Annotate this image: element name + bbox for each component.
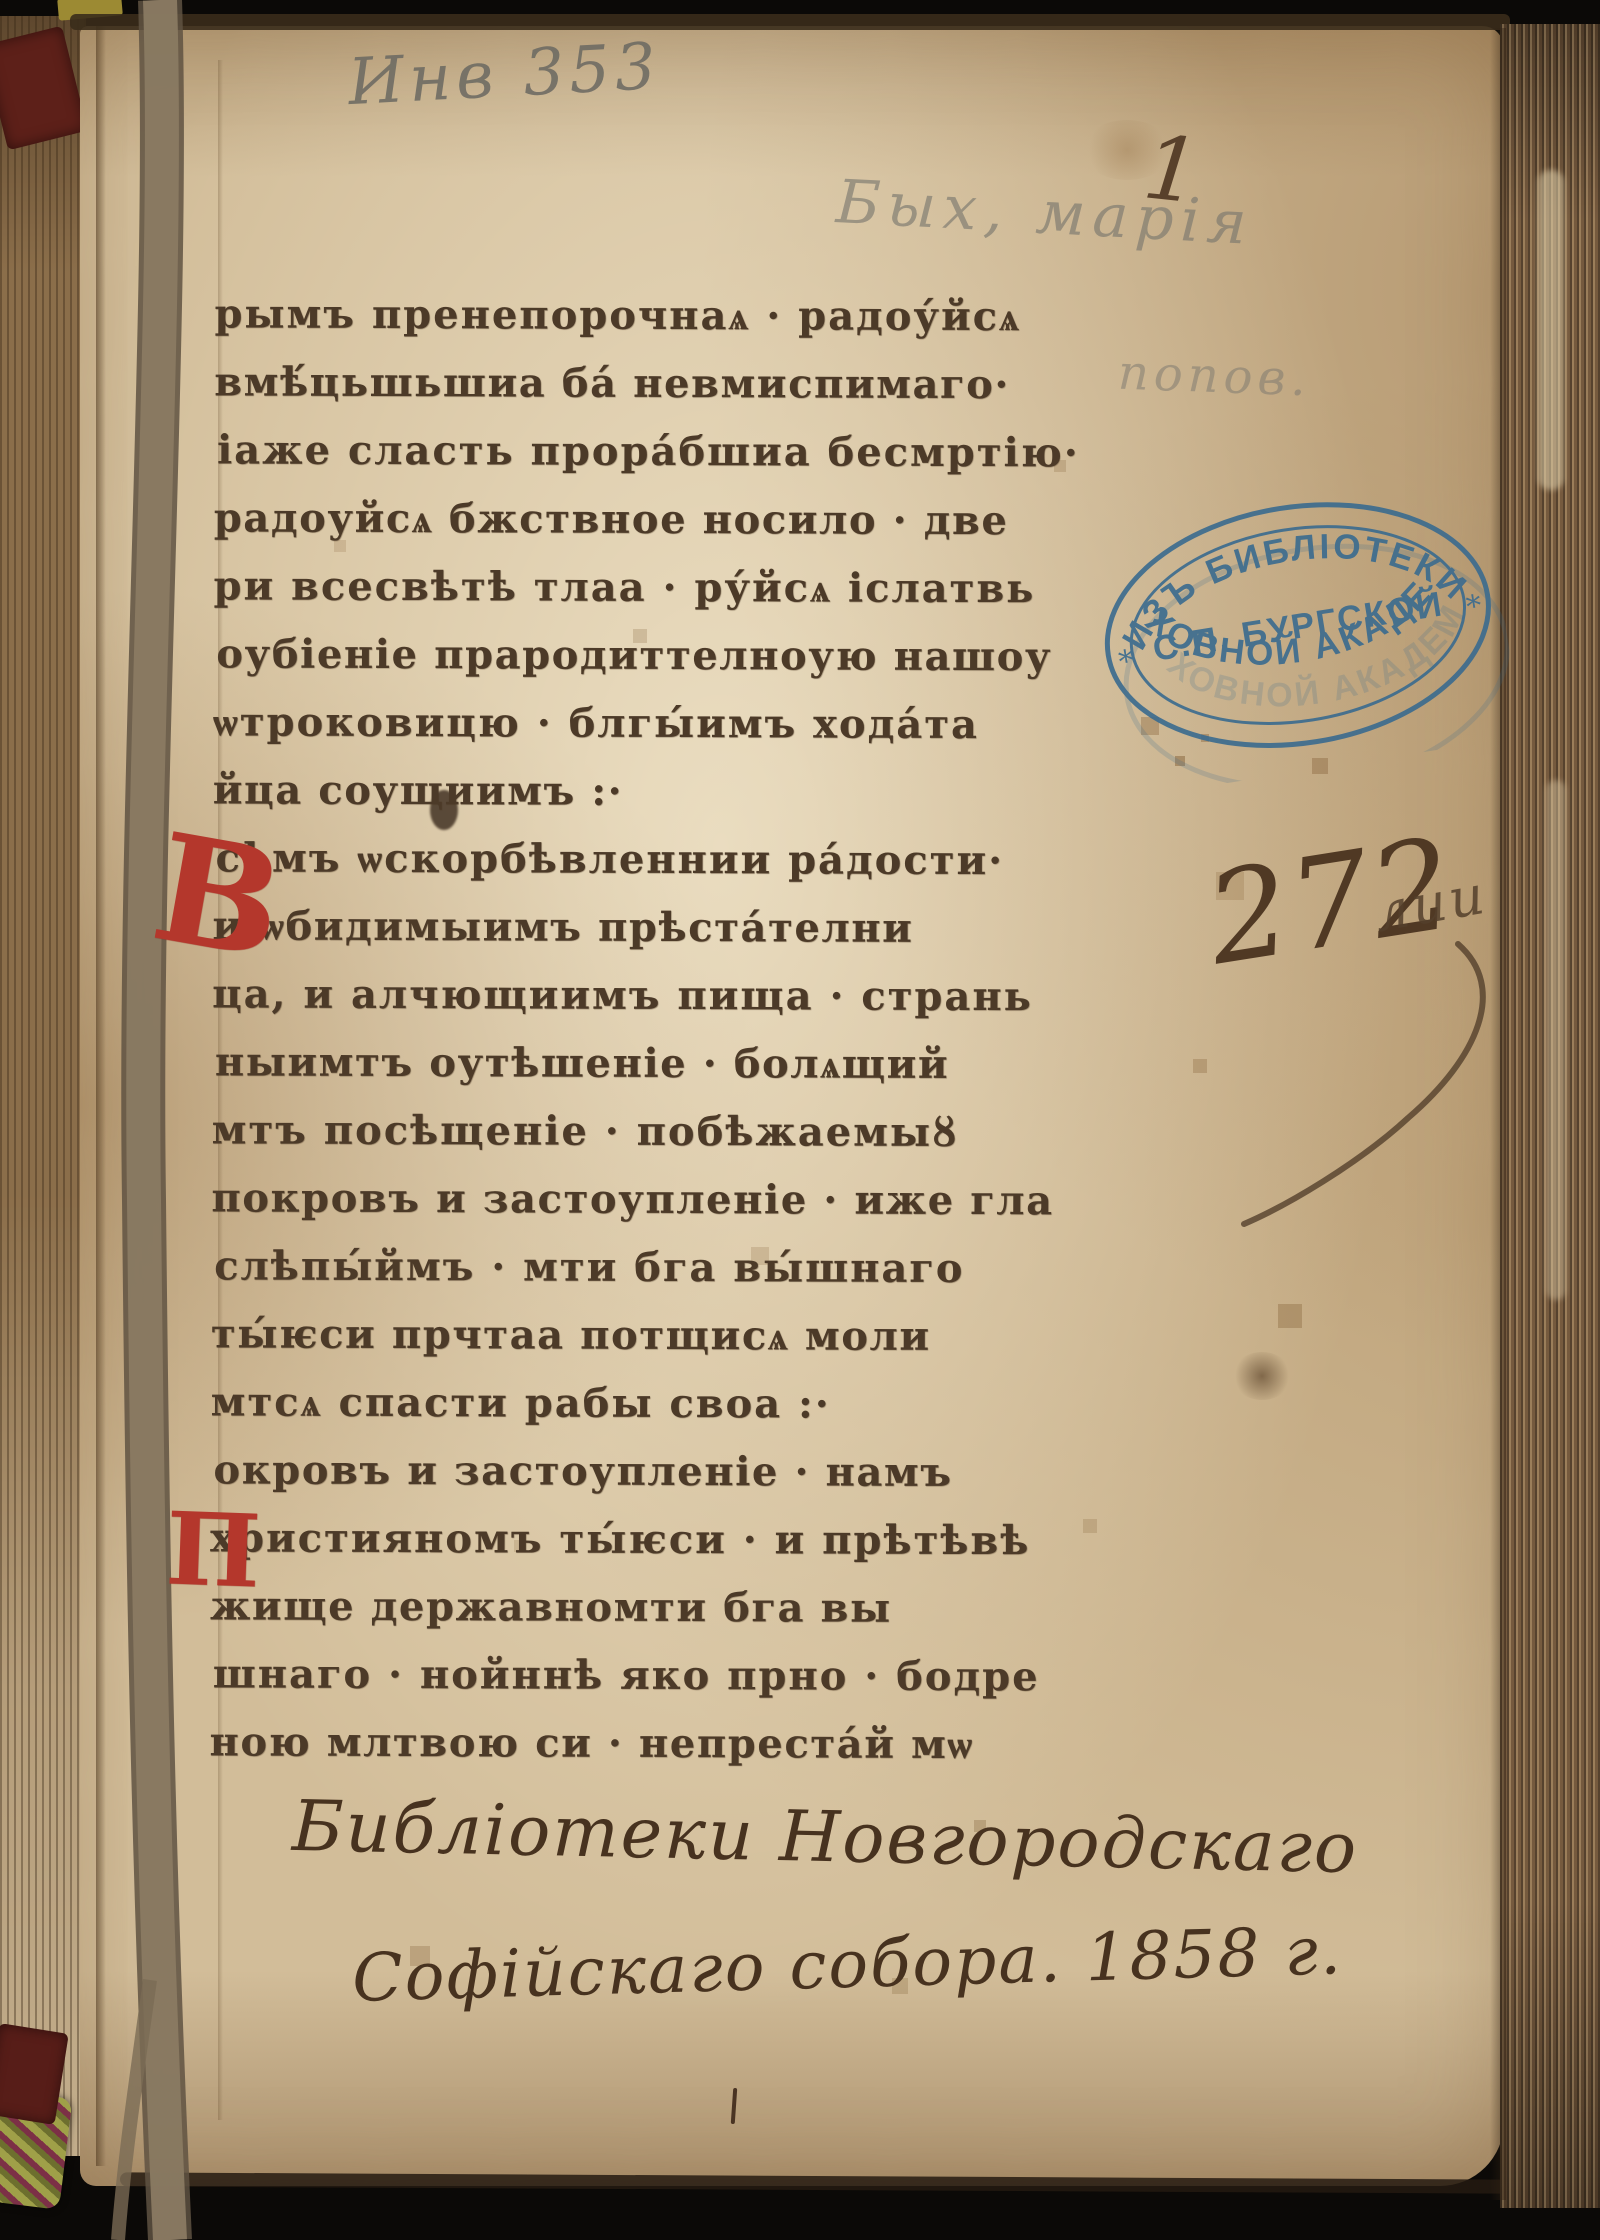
- manuscript-line: оубіеніе прародиттелноую нашоу: [216, 620, 1136, 691]
- smudge: [1232, 1352, 1292, 1400]
- manuscript-photo: рымъ пренепорочнаѧ · радоу́йсѧ вмѣ́цьшьш…: [0, 0, 1600, 2240]
- manuscript-line: іаже сласть прора́бшиа бесмртію·: [217, 416, 1137, 487]
- manuscript-line: и ѡбидимыимъ прѣста́телни: [212, 892, 1132, 963]
- manuscript-line: мтсѧ спасти рабы своа :·: [211, 1368, 1131, 1439]
- manuscript-line: християномъ ты́ѥси · и прѣтѣвѣ: [210, 1504, 1130, 1575]
- wooden-board-edge: [0, 16, 86, 2156]
- manuscript-line: окровъ и застоупленіе · намъ: [213, 1436, 1133, 1507]
- ink-flourish: [1216, 916, 1516, 1246]
- manuscript-line: ѡтроковицю · блгы́имъ хода́та: [213, 688, 1133, 759]
- wax-streak: [1538, 170, 1564, 490]
- manuscript-line: жище державномти бга вы: [210, 1572, 1130, 1643]
- manuscript-line: ныимтъ оутѣшеніе · болѧщий: [215, 1028, 1135, 1099]
- manuscript-line: ца, и алчющиимъ пища · странь: [212, 960, 1132, 1031]
- manuscript-line: рымъ пренепорочнаѧ · радоу́йсѧ: [214, 280, 1134, 351]
- stamp-star-right: ∗: [1460, 582, 1486, 620]
- manuscript-line: слѣпы́ймъ · мти бга вы́шнаго: [214, 1232, 1134, 1303]
- manuscript-line: йца соущиимъ :·: [213, 756, 1133, 827]
- manuscript-line: сѣмъ ѡскорбѣвленнии ра́дости·: [215, 824, 1135, 895]
- red-initial-vsem: В: [144, 812, 293, 979]
- wax-streak: [1546, 780, 1566, 1300]
- red-initial-pokrov: П: [164, 1498, 262, 1601]
- manuscript-line: ною млтвою си · непреста́й мѡ: [209, 1708, 1129, 1779]
- manuscript-line: шнаго · нойннѣ яко прно · бодре: [213, 1640, 1133, 1711]
- pencil-owner-note-line2: попов.: [1117, 345, 1312, 408]
- manuscript-line: ты́ѥси прчтаа потщисѧ моли: [211, 1300, 1131, 1371]
- manuscript-line: мтъ посѣщеніе · побѣжаемыȣ: [212, 1096, 1132, 1167]
- page-top-edge: [70, 14, 1510, 30]
- manuscript-line: ри всесвѣтѣ тлаа · ру́йсѧ іслатвь: [213, 552, 1133, 623]
- manuscript-line: вмѣ́цьшьшиа ба́ невмиспимаго·: [214, 348, 1134, 419]
- manuscript-line: покровъ и застоупленіе · иже гла: [211, 1164, 1131, 1235]
- manuscript-line: радоуйсѧ бжствное носило · две: [214, 484, 1134, 555]
- manuscript-text-block: рымъ пренепорочнаѧ · радоу́йсѧ вмѣ́цьшьш…: [209, 280, 1134, 1779]
